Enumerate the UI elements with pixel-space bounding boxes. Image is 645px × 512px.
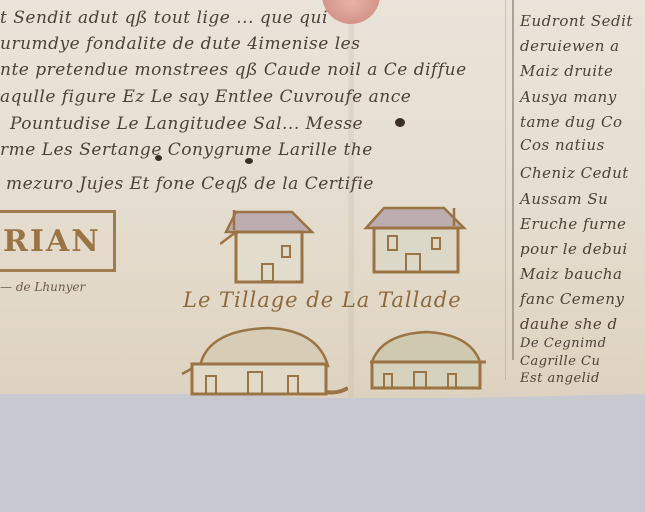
side-text-line-3: Maiz druite [520, 62, 613, 80]
side-text-line-10: pour le debui [520, 240, 628, 258]
boxed-place-label: RIAN [0, 210, 116, 272]
text-line-6: rme Les Sertange Conygrume Larille the [0, 140, 373, 160]
table-surface [0, 398, 645, 512]
side-text-line-11: Maiz baucha [520, 265, 622, 283]
ink-blot [155, 155, 162, 161]
text-line-1: t Sendit adut qß tout lige ... que qui [0, 8, 328, 28]
side-text-line-16: Est angelid [520, 371, 600, 386]
house-drawing-2 [362, 204, 468, 278]
text-line-5: Pountudise Le Langitudee Sal... Messe [10, 114, 363, 134]
side-text-line-1: Eudront Sedit [520, 12, 633, 30]
boxed-label-text: RIAN [3, 224, 101, 259]
ink-blot [395, 118, 405, 127]
side-text-line-14: De Cegnimd [520, 336, 606, 351]
text-line-2: urumdye fondalite de dute 4imenise les [0, 34, 360, 54]
text-line-3: nte pretendue monstrees qß Caude noil a … [0, 60, 467, 80]
longhouse-drawing-2 [362, 330, 490, 394]
side-text-line-5: tame dug Co [520, 113, 622, 131]
text-line-7: mezuro Jujes Et fone Ceqß de la Certifie [6, 174, 374, 194]
margin-rule-faint [505, 0, 506, 380]
boxed-sublabel: — de Lhunyer [0, 280, 85, 294]
village-label: Le Tillage de La Tallade [183, 288, 462, 312]
side-text-line-12: fanc Cemeny [520, 290, 624, 308]
side-text-line-9: Eruche furne [520, 215, 626, 233]
side-text-line-8: Aussam Su [520, 190, 608, 208]
text-line-4: aqulle figure Ez Le say Entlee Cuvroufe … [0, 87, 411, 107]
ink-blot [245, 158, 253, 164]
side-text-line-4: Ausya many [520, 88, 617, 106]
side-text-line-15: Cagrille Cu [520, 354, 600, 369]
side-text-line-6: Cos natius [520, 136, 605, 154]
margin-rule [512, 0, 514, 360]
house-drawing-1 [220, 208, 316, 288]
side-text-line-7: Cheniz Cedut [520, 164, 629, 182]
longhouse-drawing-1 [178, 326, 348, 400]
side-text-line-2: deruiewen a [520, 37, 620, 55]
side-text-line-13: dauhe she d [520, 315, 618, 333]
